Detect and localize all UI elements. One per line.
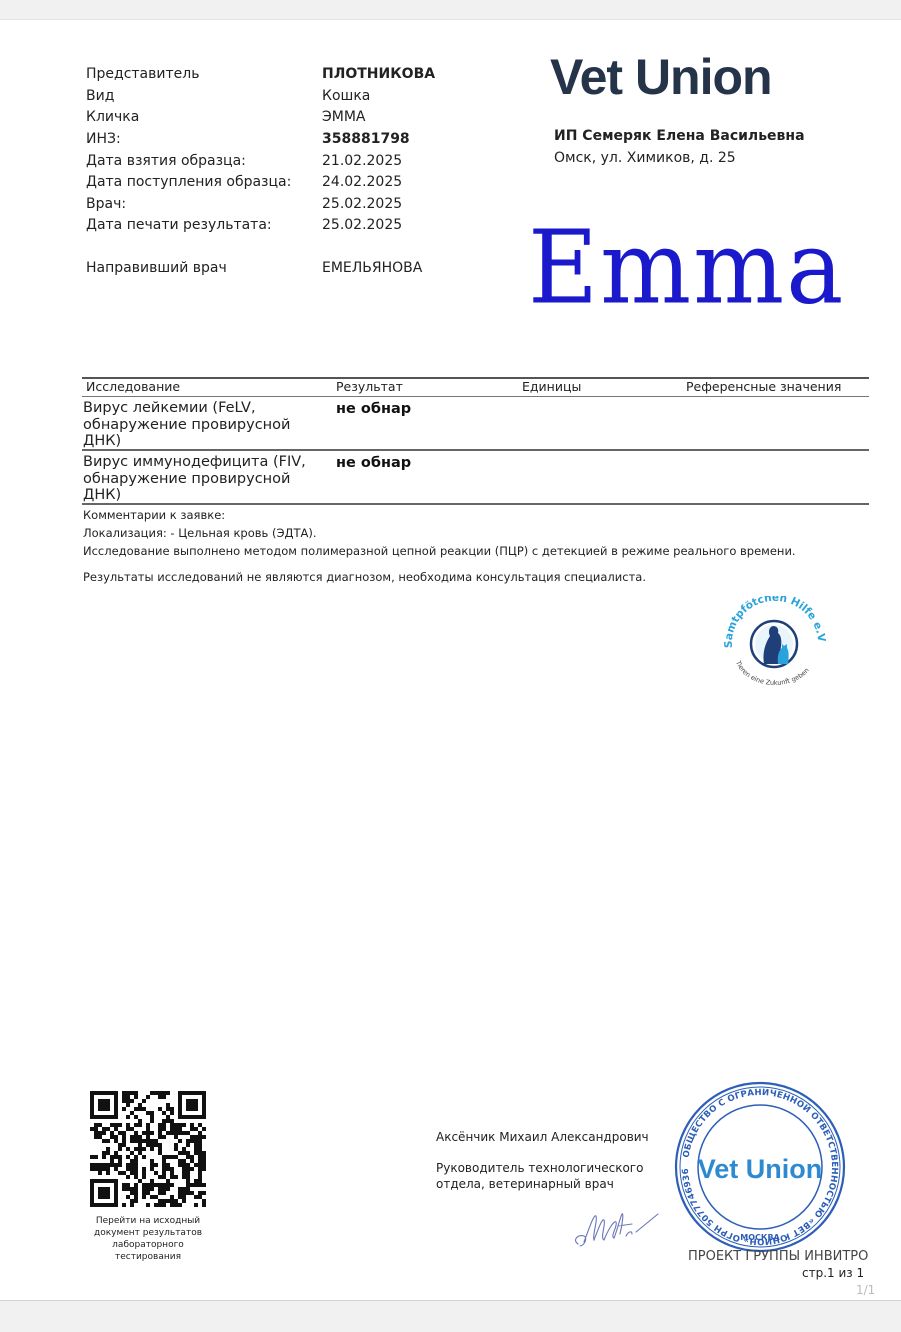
info-value: ЭММА [322, 109, 366, 125]
info-value: 24.02.2025 [322, 174, 402, 190]
info-value: 25.02.2025 [322, 196, 402, 212]
test-result: не обнар [336, 455, 411, 471]
info-label: Дата взятия образца: [86, 153, 246, 169]
samtpfoetchen-hilfe-logo: Samtpfötchen Hilfe e.V. Tieren eine Zuku… [722, 596, 826, 688]
company-address: Омск, ул. Химиков, д. 25 [554, 150, 736, 166]
test-name: Вирус иммунодефицита (FIV, обнаружение п… [83, 454, 323, 504]
signer-title-line2: отдела, ветеринарный врач [436, 1177, 614, 1191]
header-reference: Референсные значения [686, 379, 841, 394]
info-value: 21.02.2025 [322, 153, 402, 169]
signer-name: Аксёнчик Михаил Александрович [436, 1130, 649, 1144]
row-divider [82, 503, 869, 505]
qr-caption: Перейти на исходный документ результатов… [80, 1215, 216, 1263]
info-label: Вид [86, 88, 114, 104]
info-label: Кличка [86, 109, 139, 125]
header-units: Единицы [522, 379, 581, 394]
info-label: Врач: [86, 196, 126, 212]
test-result: не обнар [336, 401, 411, 417]
stamp-city: МОСКВА [740, 1233, 780, 1242]
vet-union-logo: Vet Union [550, 48, 772, 106]
vet-union-stamp: ОБЩЕСТВО С ОГРАНИЧЕННОЙ ОТВЕТСТВЕННОСТЬЮ… [671, 1080, 849, 1255]
info-label: Направивший врач [86, 260, 227, 276]
header-divider [82, 396, 869, 397]
stamp-logo: Vet Union [698, 1154, 823, 1184]
invitro-project: ПРОЕКТ ГРУППЫ ИНВИТРО [688, 1249, 868, 1264]
signature [570, 1196, 660, 1252]
pet-name-overlay: Emma [528, 209, 845, 327]
info-label: ИНЗ: [86, 131, 121, 147]
signer-title-line1: Руководитель технологического [436, 1161, 643, 1175]
info-value: ЕМЕЛЬЯНОВА [322, 260, 422, 276]
viewer-bottom-bar [0, 1301, 901, 1332]
test-name: Вирус лейкемии (FeLV, обнаружение провир… [83, 400, 323, 450]
row-divider [82, 449, 869, 451]
info-value: 358881798 [322, 131, 410, 147]
comments-title: Комментарии к заявке: [83, 508, 225, 522]
page-number: стр.1 из 1 [802, 1266, 864, 1280]
comment-localization: Локализация: - Цельная кровь (ЭДТА). [83, 526, 317, 540]
company-name: ИП Семеряк Елена Васильевна [554, 128, 805, 144]
viewer-top-bar [0, 0, 901, 20]
header-result: Результат [336, 379, 403, 394]
disclaimer: Результаты исследований не являются диаг… [83, 570, 646, 584]
info-label: Дата печати результата: [86, 217, 272, 233]
info-label: Представитель [86, 66, 199, 82]
comment-method: Исследование выполнено методом полимераз… [83, 544, 796, 558]
qr-code[interactable] [90, 1091, 206, 1207]
header-test: Исследование [86, 379, 180, 394]
info-label: Дата поступления образца: [86, 174, 291, 190]
info-value: Кошка [322, 88, 370, 104]
viewer-page-counter: 1/1 [856, 1283, 875, 1297]
document-page: ПредставительПЛОТНИКОВАВидКошкаКличкаЭММ… [0, 20, 901, 1301]
info-value: 25.02.2025 [322, 217, 402, 233]
info-value: ПЛОТНИКОВА [322, 66, 435, 82]
